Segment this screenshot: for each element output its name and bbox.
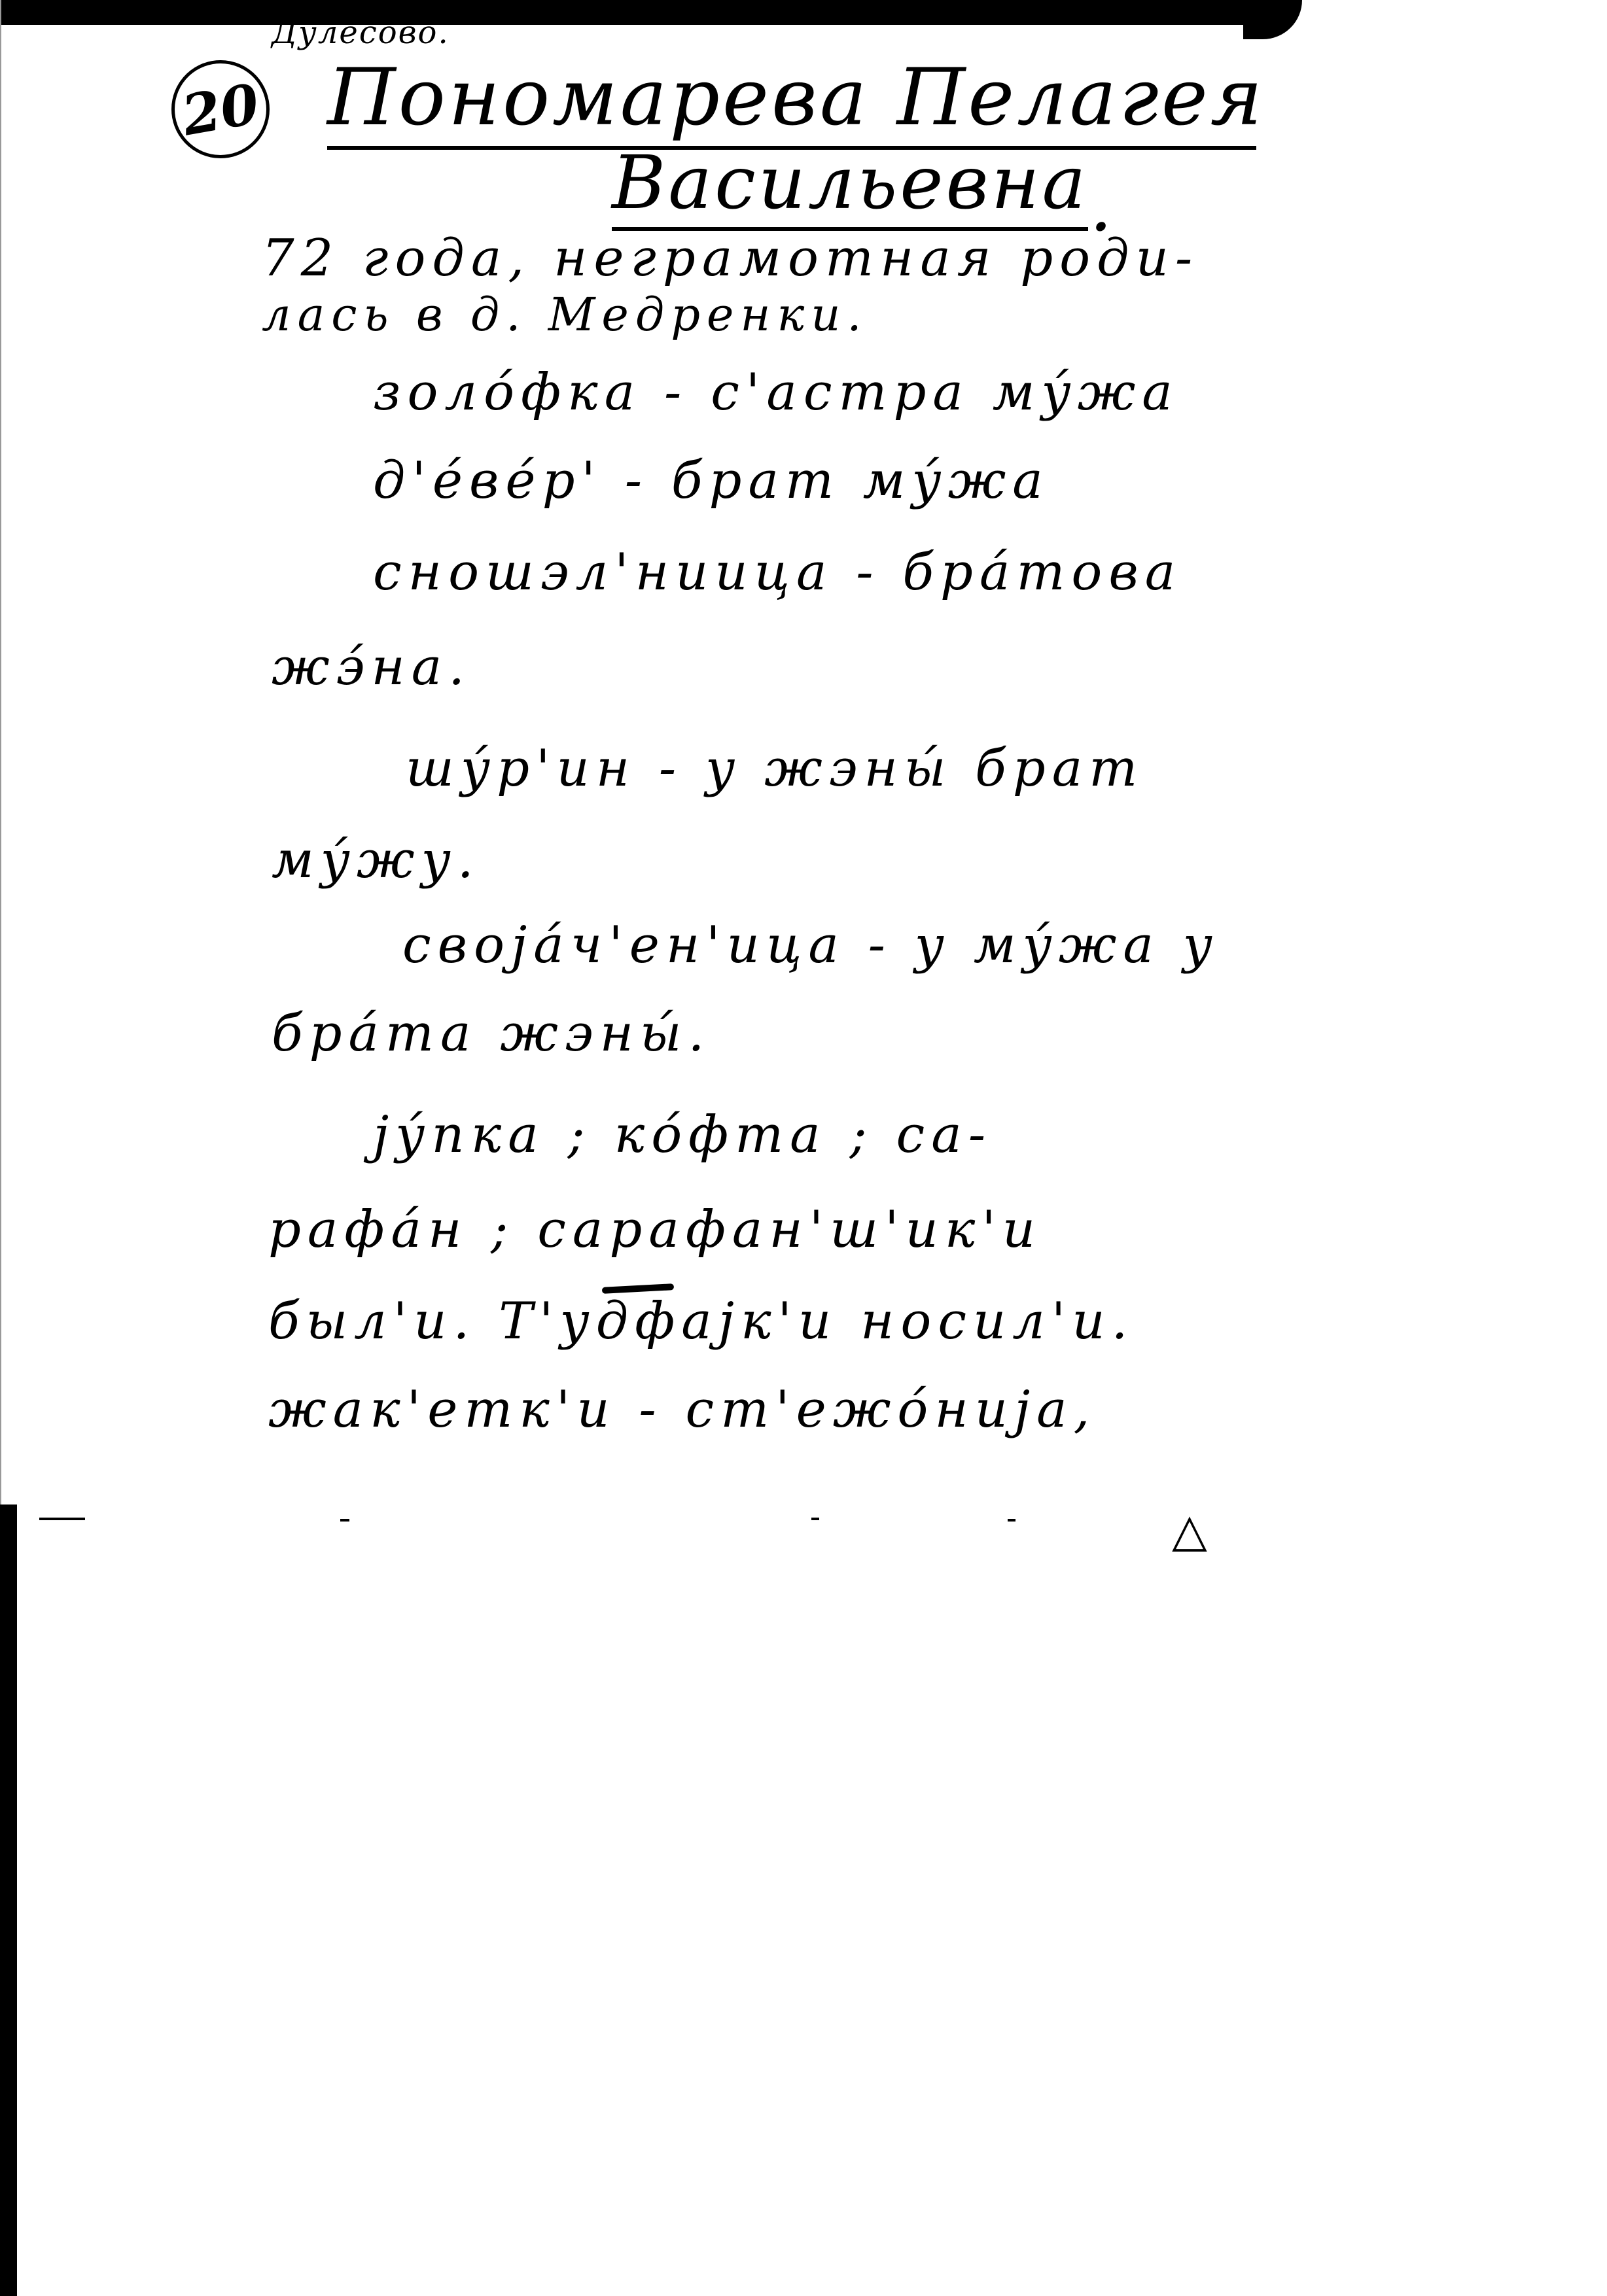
clothing-line-3: был'и. Т'удфајк'и носил'и. xyxy=(268,1292,1134,1351)
entry-zolovka: золо́фка - с'астра му́жа xyxy=(373,363,1179,422)
bottom-arrow-mark-icon: ▽ xyxy=(1168,1511,1207,1565)
informant-name-line1: Пономарева Пелагея xyxy=(327,52,1256,150)
intro-line-1: 72 года, неграмотная роди- xyxy=(262,229,1199,288)
clothing-line-4: жак'етк'и - ст'ежо́нија, xyxy=(268,1380,1096,1439)
scan-top-edge xyxy=(0,0,1282,25)
scan-left-edge xyxy=(0,1505,17,2296)
entry-number: 20 xyxy=(177,71,264,148)
scan-speck xyxy=(340,1519,349,1522)
clothing-line-2: рафа́н ; сарафан'ш'ик'и xyxy=(268,1200,1042,1259)
entry-shurin: шу́р'ин - у жэны́ брат xyxy=(406,739,1144,798)
entry-snoshennitsa-continuation: жэ́на. xyxy=(272,638,471,697)
scan-speck xyxy=(811,1518,819,1520)
intro-line-2: лась в д. Медренки. xyxy=(262,288,868,341)
scan-speck xyxy=(1008,1519,1015,1522)
scan-left-edge-upper xyxy=(0,0,1,1505)
village-note: Дулесово. xyxy=(272,14,450,51)
entry-svoyachenitsa: своја́ч'ен'ица - у му́жа у xyxy=(402,916,1219,975)
entry-svoyachenitsa-continuation: бра́та жэны́. xyxy=(272,1004,711,1063)
scan-speck xyxy=(39,1518,85,1520)
clothing-line-1: ју́пка ; ко́фта ; са- xyxy=(373,1105,992,1164)
scan-top-edge-tail xyxy=(1243,0,1302,39)
entry-number-badge: 20 xyxy=(164,52,277,166)
entry-shurin-continuation: му́жу. xyxy=(272,831,480,890)
informant-patronymic: Васильевна xyxy=(612,141,1088,231)
entry-dever: д'е́ве́р' - брат му́жа xyxy=(373,451,1050,510)
entry-snoshennitsa: сношэл'ниица - бра́това xyxy=(373,543,1182,602)
